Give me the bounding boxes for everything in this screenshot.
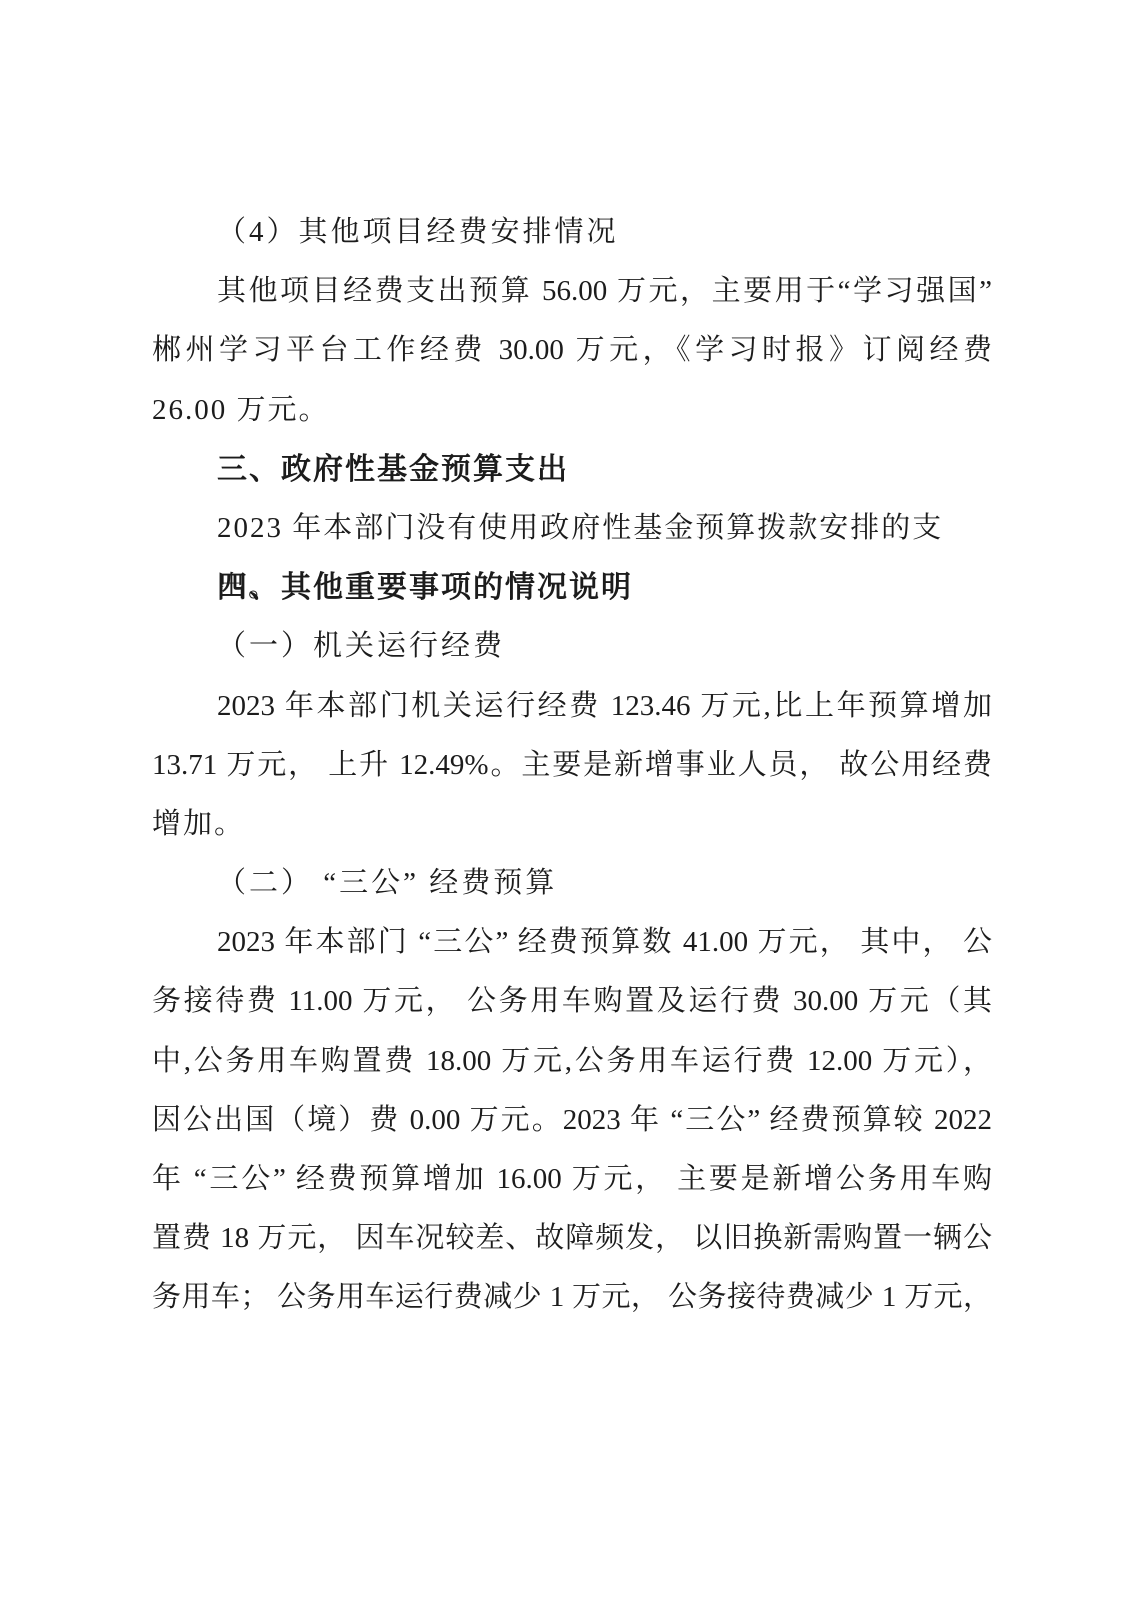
body-text-line: 郴州学习平台工作经费 30.00 万元，《学习时报》订阅经费	[152, 321, 992, 380]
subsection-heading: （二） “三公” 经费预算	[152, 854, 992, 913]
document-body: （4）其他项目经费安排情况其他项目经费支出预算 56.00 万元，主要用于“学习…	[152, 203, 992, 1328]
subsection-heading: （一）机关运行经费	[152, 617, 992, 676]
body-text-line: 其他项目经费支出预算 56.00 万元，主要用于“学习强国”	[152, 262, 992, 321]
body-text-line: 2023 年本部门机关运行经费 123.46 万元,比上年预算增加	[152, 677, 992, 736]
body-text-line: 2023 年本部门 “三公” 经费预算数 41.00 万元， 其中， 公	[152, 913, 992, 972]
body-text-line: 13.71 万元， 上升 12.49%。主要是新增事业人员， 故公用经费	[152, 736, 992, 795]
subsection-heading: （4）其他项目经费安排情况	[152, 203, 992, 262]
section-heading: 三、政府性基金预算支出	[152, 440, 992, 499]
body-text-line: 置费 18 万元， 因车况较差、故障频发， 以旧换新需购置一辆公	[152, 1209, 992, 1268]
body-text-line: 年 “三公” 经费预算增加 16.00 万元， 主要是新增公务用车购	[152, 1150, 992, 1209]
section-heading: 四、其他重要事项的情况说明	[152, 558, 992, 617]
body-text-line: 2023 年本部门没有使用政府性基金预算拨款安排的支出。	[152, 499, 992, 558]
body-text-line: 务用车； 公务用车运行费减少 1 万元， 公务接待费减少 1 万元，	[152, 1268, 992, 1327]
body-text-line: 因公出国（境）费 0.00 万元。2023 年 “三公” 经费预算较 2022	[152, 1091, 992, 1150]
body-text-line: 中,公务用车购置费 18.00 万元,公务用车运行费 12.00 万元），	[152, 1032, 992, 1091]
body-text-line: 务接待费 11.00 万元， 公务用车购置及运行费 30.00 万元（其	[152, 972, 992, 1031]
document-page: （4）其他项目经费安排情况其他项目经费支出预算 56.00 万元，主要用于“学习…	[0, 0, 1144, 1618]
body-text-line: 增加。	[152, 795, 992, 854]
body-text-line: 26.00 万元。	[152, 381, 992, 440]
